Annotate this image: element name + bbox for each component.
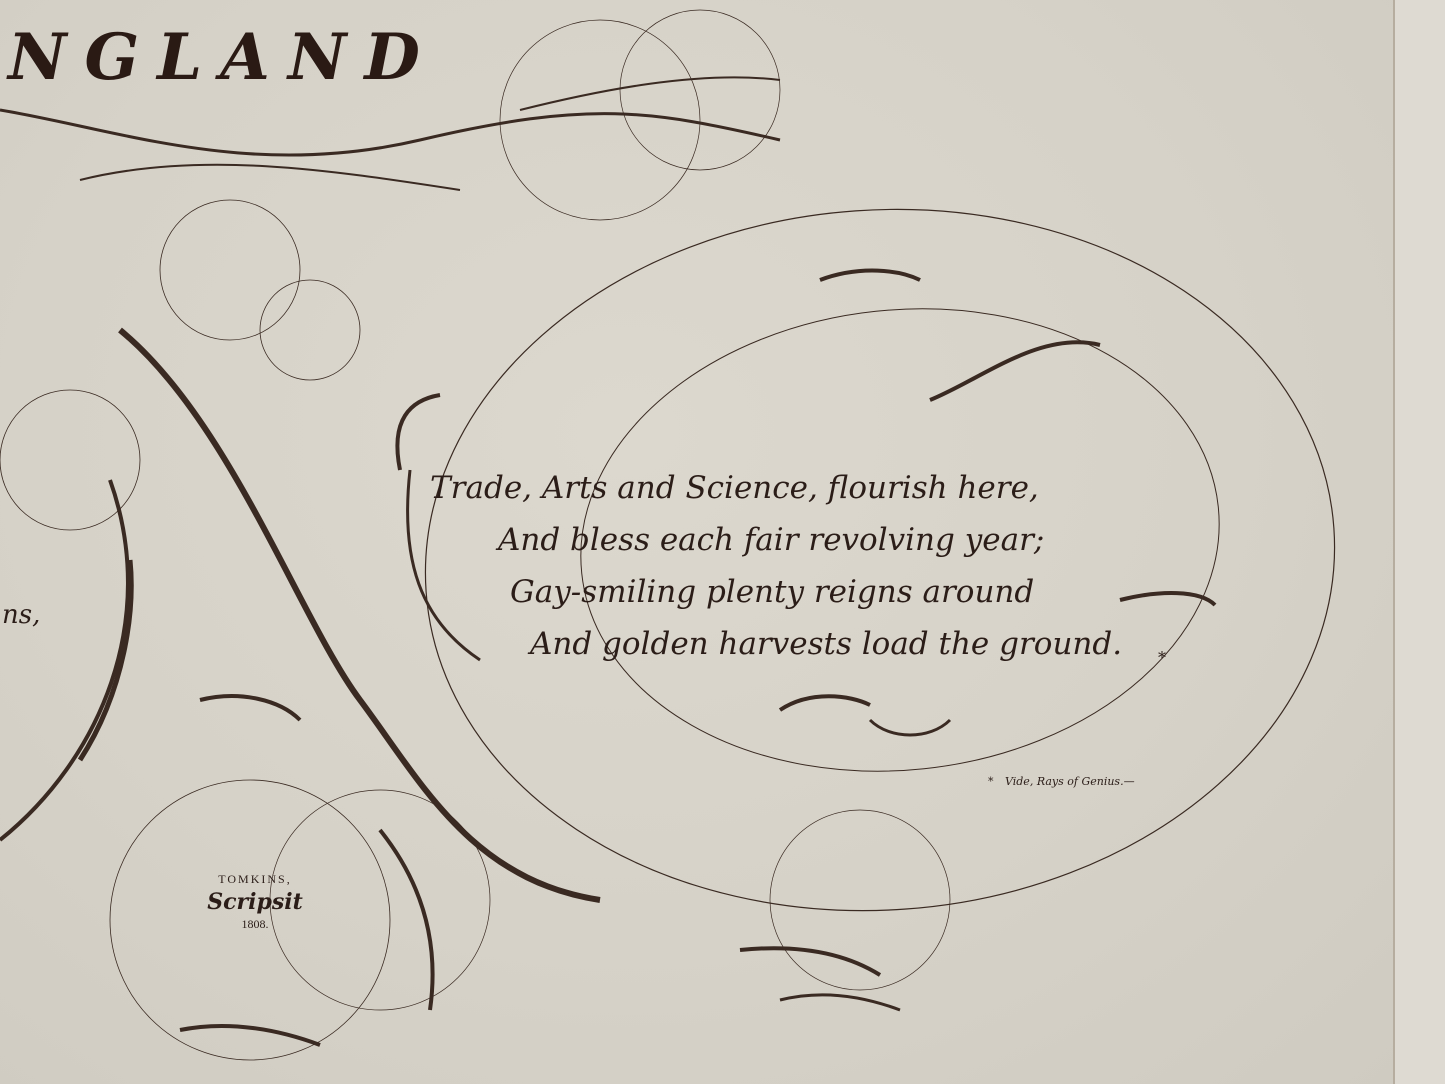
signature-year: 1808. — [175, 917, 335, 932]
signature-name: TOMKINS, — [175, 872, 335, 887]
poem-block: Trade, Arts and Science, flourish here, … — [430, 462, 1190, 670]
engraver-signature: TOMKINS, Scripsit 1808. — [175, 872, 335, 932]
signature-scripsit: Scripsit — [175, 889, 335, 915]
left-text-fragment: ns, — [2, 600, 40, 630]
citation-text: Vide, Rays of Genius.— — [1005, 775, 1135, 788]
poem-line-2: And bless each fair revolving year; — [498, 514, 1190, 566]
poem-line-3: Gay-smiling plenty reigns around — [510, 566, 1190, 618]
poem-line-4: And golden harvests load the ground. — [530, 618, 1190, 670]
footnote-marker: * — [1158, 632, 1166, 684]
heading-blackletter: NGLAND — [8, 20, 438, 95]
citation-marker: * — [988, 775, 994, 788]
citation: * Vide, Rays of Genius.— — [988, 775, 1135, 788]
poem-line-1: Trade, Arts and Science, flourish here, — [430, 462, 1190, 514]
